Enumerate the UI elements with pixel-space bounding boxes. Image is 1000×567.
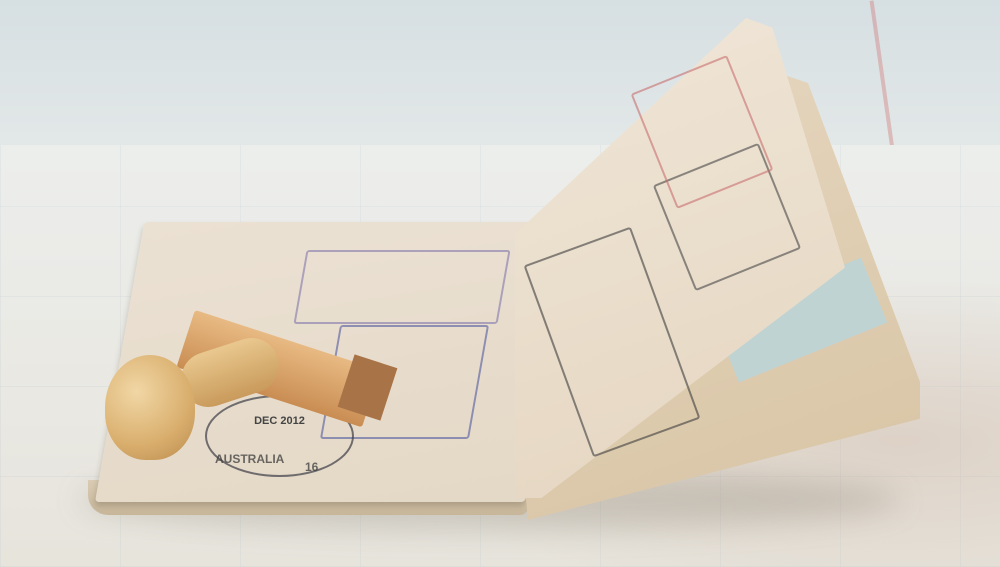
background-wall [0,0,1000,150]
stamp-purple [293,250,510,324]
stamp-country: AUSTRALIA [215,452,284,466]
stamp-number: 16 [305,460,318,474]
rubber-stamp-handle [105,355,195,460]
